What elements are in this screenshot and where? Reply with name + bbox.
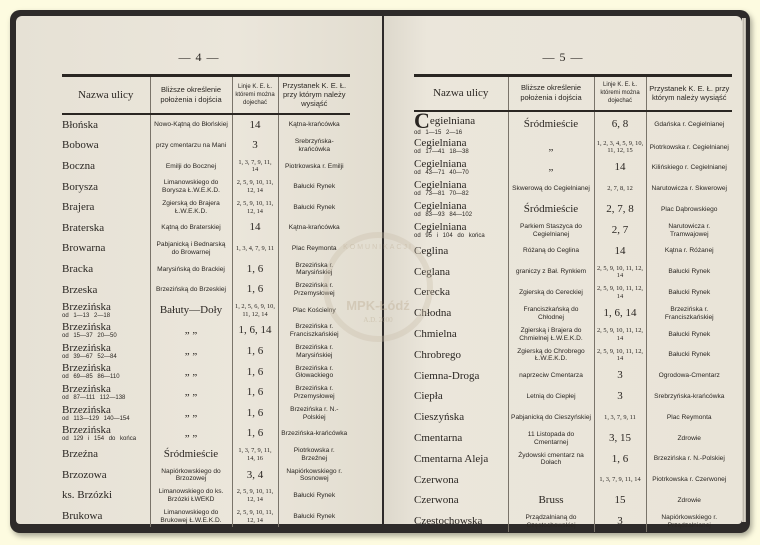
- tram-stop: Zdrowie: [646, 491, 732, 512]
- tram-stop: Gdańska r. Cegielnianej: [646, 111, 732, 137]
- tram-lines: 3: [594, 387, 646, 408]
- street-name: Brukowa: [62, 510, 102, 522]
- tram-stop: Napiórkowskiego r. Sosnowej: [278, 465, 350, 486]
- tram-lines: 1, 6, 14: [232, 321, 278, 342]
- street-name-cell: Cmentarna: [414, 428, 508, 449]
- location-description: „ „: [150, 362, 232, 383]
- tram-lines: 1, 2, 3, 4, 5, 9, 10, 11, 12, 15: [594, 137, 646, 158]
- street-name: Chłodna: [414, 307, 451, 319]
- street-name-cell: Borysza: [62, 177, 150, 198]
- street-name-cell: ks. Brzózki: [62, 486, 150, 507]
- street-name: Borysza: [62, 181, 98, 193]
- location-description: Śródmieście: [508, 199, 594, 220]
- street-name: Cerecka: [414, 286, 450, 298]
- street-name: Brzezińska: [62, 362, 111, 374]
- location-description: Marysińską do Brackiej: [150, 259, 232, 280]
- street-name: Brzezińska: [62, 342, 111, 354]
- tram-stop: Brzezińska r. Franciszkańskiej: [278, 321, 350, 342]
- table-row: CiepłaLetnią do Ciepłej3Srebrzyńska-krań…: [414, 387, 732, 408]
- table-row: Cmentarna AlejaŻydowski cmentarz na Doła…: [414, 449, 732, 470]
- tram-stop: Piotrkowska r. Brzeźnej: [278, 445, 350, 466]
- tram-stop: Brzezińska r. N.-Polskiej: [646, 449, 732, 470]
- table-row: Cegielnianaod 73—81 70—82Skwerową do Ceg…: [414, 179, 732, 200]
- street-name-cell: Cieszyńska: [414, 407, 508, 428]
- street-name-cell: Cegielnianaod 1—15 2—16: [414, 111, 508, 137]
- page-number: — 5 —: [384, 50, 742, 65]
- table-row: ChmielnaZgierską i Brajera do Chmielnej …: [414, 324, 732, 345]
- street-name-cell: Ciepła: [414, 387, 508, 408]
- street-name: Brzeźna: [62, 448, 98, 460]
- table-row: ks. BrzózkiLimanowskiego do ks. Brzózki …: [62, 486, 350, 507]
- tram-stop: Bałucki Rynek: [278, 506, 350, 527]
- street-name-cell: Chmielna: [414, 324, 508, 345]
- street-name: Browarna: [62, 242, 105, 254]
- table-row: BraterskaKątną do Braterskiej14Kątna-kra…: [62, 218, 350, 239]
- location-description: [508, 470, 594, 491]
- location-description: Zgierską do Cereckiej: [508, 283, 594, 304]
- tram-lines: 14: [232, 114, 278, 136]
- street-name: Brajera: [62, 201, 94, 213]
- header-street: Nazwa ulicy: [62, 76, 150, 115]
- tram-stop: Bałucki Rynek: [646, 262, 732, 283]
- tram-lines: 14: [232, 218, 278, 239]
- location-description: Franciszkańską do Chłodnej: [508, 303, 594, 324]
- tram-lines: 1, 6: [232, 342, 278, 363]
- street-name: Brzezińska: [62, 424, 111, 436]
- table-row: Cegielnianaod 17—41 18—38„1, 2, 3, 4, 5,…: [414, 137, 732, 158]
- tram-lines: 2, 5, 9, 10, 11, 12, 14: [594, 324, 646, 345]
- table-row: Cegielnianaod 83—93 84—102Śródmieście2, …: [414, 199, 732, 220]
- tram-stop: Plac Reymonta: [278, 239, 350, 260]
- tram-stop: Plac Reymonta: [646, 407, 732, 428]
- street-name: Cegielniana: [414, 200, 467, 212]
- table-row: ChłodnaFranciszkańską do Chłodnej1, 6, 1…: [414, 303, 732, 324]
- tram-stop: Kątna r. Różanej: [646, 241, 732, 262]
- table-row: BoryszaLimanowskiego do Borysza Ł.W.E.K.…: [62, 177, 350, 198]
- street-name: Brzezińska: [62, 404, 111, 416]
- tram-lines: 3: [594, 511, 646, 532]
- street-name-cell: Czerwona: [414, 470, 508, 491]
- table-row: Brzezińskaod 87—111 112—138„ „1, 6Brzezi…: [62, 383, 350, 404]
- tram-lines: 1, 6: [232, 362, 278, 383]
- street-name: Częstochowska: [414, 515, 482, 527]
- tram-lines: 1, 3, 7, 9, 11, 14: [594, 470, 646, 491]
- table-row: Brzezińskaod 1—13 2—18Bałuty—Doły1, 2, 5…: [62, 300, 350, 321]
- tram-stop: Brzezińska-krańcówka: [278, 424, 350, 445]
- location-description: Prządzalnianą do Częstochowskiej: [508, 511, 594, 532]
- tram-stop: Kątna-krańcówka: [278, 114, 350, 136]
- table-row: Cegielnianaod 1—15 2—16Śródmieście6, 8Gd…: [414, 111, 732, 137]
- location-description: „ „: [150, 321, 232, 342]
- header-street: Nazwa ulicy: [414, 76, 508, 112]
- street-name: Cegielniana: [414, 221, 467, 233]
- location-description: Parkiem Staszyca do Cegielnianej: [508, 220, 594, 241]
- table-row: Brzezińskaod 129 i 154 do końca„ „1, 6Br…: [62, 424, 350, 445]
- street-name-cell: Boczna: [62, 156, 150, 177]
- location-description: Bruss: [508, 491, 594, 512]
- street-name: Bobowa: [62, 139, 99, 151]
- tram-lines: 2, 5, 9, 10, 11, 12, 14: [232, 486, 278, 507]
- street-name-cell: Cegielnianaod 83—93 84—102: [414, 199, 508, 220]
- location-description: Skwerową do Cegielnianej: [508, 179, 594, 200]
- street-name: Czerwona: [414, 474, 459, 486]
- street-name: Ceglana: [414, 266, 450, 278]
- street-name-cell: Brajera: [62, 197, 150, 218]
- tram-stop: Plac Kościelny: [278, 300, 350, 321]
- street-name: Brzeska: [62, 284, 97, 296]
- street-name: Cmentarna Aleja: [414, 453, 488, 465]
- tram-lines: 6, 8: [594, 111, 646, 137]
- table-row: CieszyńskaPabjanicką do Cieszyńskiej1, 3…: [414, 407, 732, 428]
- street-name-cell: Chłodna: [414, 303, 508, 324]
- location-description: „: [508, 158, 594, 179]
- street-name-cell: Browarna: [62, 239, 150, 260]
- tram-stop: Narutowicza r. Tramwajowej: [646, 220, 732, 241]
- tram-stop: Kilińskiego r. Cegielnianej: [646, 158, 732, 179]
- table-row: Bobowaprzy cmentarzu na Mani3Srebrzyńska…: [62, 136, 350, 157]
- table-row: Ceglanagraniczy z Bał. Rynkiem2, 5, 9, 1…: [414, 262, 732, 283]
- street-name: Cegielniana: [414, 137, 467, 149]
- street-name-cell: Czerwona: [414, 491, 508, 512]
- street-name: Cegielniana: [414, 179, 467, 191]
- street-name-cell: Cegielnianaod 95 i 104 do końca: [414, 220, 508, 241]
- tram-lines: 2, 7, 8: [594, 199, 646, 220]
- tram-stop: Bałucki Rynek: [278, 486, 350, 507]
- tram-lines: 2, 5, 9, 10, 11, 12, 14: [232, 506, 278, 527]
- table-row: Cegielnianaod 43—71 40—70„14Kilińskiego …: [414, 158, 732, 179]
- tram-stop: Napiórkowskiego r. Prządzalnianej: [646, 511, 732, 532]
- right-page: — 5 — Nazwa ulicy Bliższe określenie poł…: [384, 16, 742, 524]
- location-description: Pabjanicką do Cieszyńskiej: [508, 407, 594, 428]
- street-name-cell: Brzeska: [62, 280, 150, 301]
- tram-stop: Bałucki Rynek: [646, 345, 732, 366]
- street-name: Ciepła: [414, 390, 443, 402]
- street-name: Bracka: [62, 263, 93, 275]
- tram-stop: Brzezińska r. Marysińskiej: [278, 342, 350, 363]
- tram-lines: 1, 6: [232, 280, 278, 301]
- header-stop: Przystanek K. E. Ł. przy którym należy w…: [278, 76, 350, 115]
- location-description: 11 Listopada do Cmentarnej: [508, 428, 594, 449]
- street-name-cell: Bobowa: [62, 136, 150, 157]
- tram-lines: 2, 5, 9, 10, 11, 12, 14: [232, 177, 278, 198]
- street-name-cell: Ceglana: [414, 262, 508, 283]
- location-description: Nowo-Kątną do Błońskiej: [150, 114, 232, 136]
- tram-lines: 2, 5, 9, 10, 11, 12, 14: [594, 262, 646, 283]
- tram-stop: Zdrowie: [646, 428, 732, 449]
- tram-stop: Piotrkowska r. Cegielnianej: [646, 137, 732, 158]
- tram-lines: 14: [594, 158, 646, 179]
- left-page: — 4 — Nazwa ulicy Bliższe określenie poł…: [16, 16, 382, 524]
- tram-lines: 1, 6, 14: [594, 303, 646, 324]
- street-name-cell: Brzezińskaod 15—37 20—50: [62, 321, 150, 342]
- location-description: graniczy z Bał. Rynkiem: [508, 262, 594, 283]
- tram-lines: 2, 5, 9, 10, 11, 12, 14: [232, 197, 278, 218]
- location-description: Pabjanicką i Bednarską do Browarnej: [150, 239, 232, 260]
- street-name-cell: Brzeźna: [62, 445, 150, 466]
- header-lines: Linje K. E. Ł. któremi można dojechać: [232, 76, 278, 115]
- tram-stop: Brzezińska r. Głowackiego: [278, 362, 350, 383]
- table-row: BrajeraZgierską do Brajera Ł.W.E.K.D.2, …: [62, 197, 350, 218]
- street-directory-table: Nazwa ulicy Bliższe określenie położenia…: [414, 74, 732, 532]
- location-description: Zgierską do Chrobrego Ł.W.E.K.D.: [508, 345, 594, 366]
- location-description: Bałuty—Doły: [150, 300, 232, 321]
- street-name-cell: Chrobrego: [414, 345, 508, 366]
- street-name-cell: Cmentarna Aleja: [414, 449, 508, 470]
- street-name: Ciemna-Droga: [414, 370, 479, 382]
- house-number-range: od 73—81 70—82: [414, 191, 506, 198]
- tram-lines: 1, 6: [232, 259, 278, 280]
- tram-lines: 1, 3, 4, 7, 9, 11: [232, 239, 278, 260]
- street-name-cell: Brzezińskaod 113—129 140—154: [62, 403, 150, 424]
- tram-lines: 1, 3, 7, 9, 11, 14, 16: [232, 445, 278, 466]
- table-header-row: Nazwa ulicy Bliższe określenie położenia…: [414, 76, 732, 112]
- house-number-range: od 1—13 2—18: [62, 313, 148, 320]
- table-row: CereckaZgierską do Cereckiej2, 5, 9, 10,…: [414, 283, 732, 304]
- table-row: Czerwona1, 3, 7, 9, 11, 14Piotrkowska r.…: [414, 470, 732, 491]
- street-name-cell: Brzezińskaod 87—111 112—138: [62, 383, 150, 404]
- tram-stop: Narutowicza r. Skwerowej: [646, 179, 732, 200]
- street-name-cell: Cerecka: [414, 283, 508, 304]
- street-name-cell: Bracka: [62, 259, 150, 280]
- table-row: BrukowaLimanowskiego do Brukowej Ł.W.E.K…: [62, 506, 350, 527]
- book-cover: — 4 — Nazwa ulicy Bliższe określenie poł…: [10, 10, 750, 533]
- tram-stop: Kątna-krańcówka: [278, 218, 350, 239]
- location-description: Brzezińską do Brzeskiej: [150, 280, 232, 301]
- house-number-range: od 1—15 2—16: [414, 130, 506, 137]
- tram-lines: 1, 6: [594, 449, 646, 470]
- tram-lines: 1, 6: [232, 383, 278, 404]
- street-name: Cegielniana: [414, 158, 467, 170]
- street-name: egielniana: [430, 115, 475, 127]
- table-row: BłońskaNowo-Kątną do Błońskiej14Kątna-kr…: [62, 114, 350, 136]
- street-name-cell: Brzezińskaod 69—85 86—110: [62, 362, 150, 383]
- street-name-cell: Braterska: [62, 218, 150, 239]
- location-description: Śródmieście: [508, 111, 594, 137]
- street-name-cell: Brukowa: [62, 506, 150, 527]
- tram-lines: 3, 4: [232, 465, 278, 486]
- location-description: Napiórkowskiego do Brzozowej: [150, 465, 232, 486]
- table-row: Brzezińskaod 39—67 52—84„ „1, 6Brzezińsk…: [62, 342, 350, 363]
- street-name-cell: Brzozowa: [62, 465, 150, 486]
- street-name: Chmielna: [414, 328, 457, 340]
- location-description: Śródmieście: [150, 445, 232, 466]
- tram-stop: Bałucki Rynek: [646, 324, 732, 345]
- street-name: Brzozowa: [62, 469, 107, 481]
- header-stop: Przystanek K. E. Ł. przy którym należy w…: [646, 76, 732, 112]
- location-description: Zgierską do Brajera Ł.W.E.K.D.: [150, 197, 232, 218]
- street-name: Brzezińska: [62, 383, 111, 395]
- house-number-range: od 113—129 140—154: [62, 416, 148, 423]
- tram-lines: 14: [594, 241, 646, 262]
- table-row: BrackaMarysińską do Brackiej1, 6Brzezińs…: [62, 259, 350, 280]
- table-row: Brzezińskaod 113—129 140—154„ „1, 6Brzez…: [62, 403, 350, 424]
- location-description: Różaną do Ceglina: [508, 241, 594, 262]
- street-name: Cmentarna: [414, 432, 462, 444]
- table-row: CzęstochowskaPrządzalnianą do Częstochow…: [414, 511, 732, 532]
- header-description: Bliższe określenie położenia i dojścia: [150, 76, 232, 115]
- tram-lines: 1, 3, 7, 9, 11, 14: [232, 156, 278, 177]
- table-row: Cmentarna11 Listopada do Cmentarnej3, 15…: [414, 428, 732, 449]
- tram-stop: Brzezińska r. N.-Polskiej: [278, 403, 350, 424]
- house-number-range: od 17—41 18—38: [414, 149, 506, 156]
- table-row: Brzezińskaod 15—37 20—50„ „1, 6, 14Brzez…: [62, 321, 350, 342]
- street-name-cell: Brzezińskaod 39—67 52—84: [62, 342, 150, 363]
- tram-lines: 2, 7: [594, 220, 646, 241]
- tram-stop: Srebrzyńska-krańcówka: [278, 136, 350, 157]
- street-name-cell: Ciemna-Droga: [414, 366, 508, 387]
- house-number-range: od 129 i 154 do końca: [62, 436, 148, 443]
- street-name: Brzezińska: [62, 321, 111, 333]
- location-description: „ „: [150, 383, 232, 404]
- table-row: Cegielnianaod 95 i 104 do końcaParkiem S…: [414, 220, 732, 241]
- tram-lines: 3, 15: [594, 428, 646, 449]
- tram-stop: Brzezińska r. Marysińskiej: [278, 259, 350, 280]
- tram-stop: Srebrzyńska-krańcówka: [646, 387, 732, 408]
- street-name: Cieszyńska: [414, 411, 464, 423]
- street-name: Ceglina: [414, 245, 448, 257]
- table-header-row: Nazwa ulicy Bliższe określenie położenia…: [62, 76, 350, 115]
- table-row: ChrobregoZgierską do Chrobrego Ł.W.E.K.D…: [414, 345, 732, 366]
- table-row: BrzeźnaŚródmieście1, 3, 7, 9, 11, 14, 16…: [62, 445, 350, 466]
- tram-lines: 1, 3, 7, 9, 11: [594, 407, 646, 428]
- table-row: BrzozowaNapiórkowskiego do Brzozowej3, 4…: [62, 465, 350, 486]
- tram-lines: 3: [594, 366, 646, 387]
- street-name-cell: Brzezińskaod 1—13 2—18: [62, 300, 150, 321]
- tram-stop: Ogrodowa-Cmentarz: [646, 366, 732, 387]
- table-row: Brzezińskaod 69—85 86—110„ „1, 6Brzezińs…: [62, 362, 350, 383]
- location-description: „ „: [150, 342, 232, 363]
- house-number-range: od 95 i 104 do końca: [414, 233, 506, 240]
- table-row: BocznaEmilji do Bocznej1, 3, 7, 9, 11, 1…: [62, 156, 350, 177]
- street-directory-table: Nazwa ulicy Bliższe określenie położenia…: [62, 74, 350, 527]
- street-name-cell: Częstochowska: [414, 511, 508, 532]
- location-description: „: [508, 137, 594, 158]
- street-name: Brzezińska: [62, 301, 111, 313]
- tram-lines: 15: [594, 491, 646, 512]
- street-name-cell: Cegielnianaod 73—81 70—82: [414, 179, 508, 200]
- tram-stop: Piotrkowska r. Emilji: [278, 156, 350, 177]
- house-number-range: od 39—67 52—84: [62, 354, 148, 361]
- tram-lines: 3: [232, 136, 278, 157]
- table-row: CzerwonaBruss15Zdrowie: [414, 491, 732, 512]
- table-row: CeglinaRóżaną do Ceglina14Kątna r. Różan…: [414, 241, 732, 262]
- house-number-range: od 15—37 20—50: [62, 333, 148, 340]
- location-description: Limanowskiego do ks. Brzózki ŁWEKD: [150, 486, 232, 507]
- street-name: Błońska: [62, 119, 98, 131]
- tram-lines: 2, 5, 9, 10, 11, 12, 14: [594, 283, 646, 304]
- location-description: Emilji do Bocznej: [150, 156, 232, 177]
- location-description: Limanowskiego do Brukowej Ł.W.E.K.D.: [150, 506, 232, 527]
- tram-stop: Bałucki Rynek: [646, 283, 732, 304]
- tram-stop: Brzezińska r. Franciszkańskiej: [646, 303, 732, 324]
- house-number-range: od 83—93 84—102: [414, 212, 506, 219]
- header-lines: Linje K. E. Ł. któremi można dojechać: [594, 76, 646, 112]
- table-row: BrzeskaBrzezińską do Brzeskiej1, 6Brzezi…: [62, 280, 350, 301]
- tram-stop: Plac Dąbrowskiego: [646, 199, 732, 220]
- location-description: „ „: [150, 403, 232, 424]
- house-number-range: od 43—71 40—70: [414, 170, 506, 177]
- tram-stop: Brzezińska r. Przemysłowej: [278, 383, 350, 404]
- street-name-cell: Cegielnianaod 17—41 18—38: [414, 137, 508, 158]
- street-name: Czerwona: [414, 494, 459, 506]
- tram-stop: Bałucki Rynek: [278, 177, 350, 198]
- street-name-cell: Brzezińskaod 129 i 154 do końca: [62, 424, 150, 445]
- tram-stop: Bałucki Rynek: [278, 197, 350, 218]
- tram-lines: 2, 7, 8, 12: [594, 179, 646, 200]
- tram-lines: 2, 5, 9, 10, 11, 12, 14: [594, 345, 646, 366]
- street-name-cell: Cegielnianaod 43—71 40—70: [414, 158, 508, 179]
- house-number-range: od 69—85 86—110: [62, 374, 148, 381]
- header-description: Bliższe określenie położenia i dojścia: [508, 76, 594, 112]
- location-description: Limanowskiego do Borysza Ł.W.E.K.D.: [150, 177, 232, 198]
- tram-lines: 1, 2, 5, 6, 9, 10, 11, 12, 14: [232, 300, 278, 321]
- street-name: ks. Brzózki: [62, 489, 112, 501]
- table-row: Ciemna-Droganaprzeciw Cmentarza3Ogrodowa…: [414, 366, 732, 387]
- tram-lines: 1, 6: [232, 403, 278, 424]
- street-name-cell: Ceglina: [414, 241, 508, 262]
- location-description: Letnią do Ciepłej: [508, 387, 594, 408]
- tram-lines: 1, 6: [232, 424, 278, 445]
- tram-stop: Brzezińska r. Przemysłowej: [278, 280, 350, 301]
- table-row: BrowarnaPabjanicką i Bednarską do Browar…: [62, 239, 350, 260]
- location-description: Kątną do Braterskiej: [150, 218, 232, 239]
- house-number-range: od 87—111 112—138: [62, 395, 148, 402]
- street-name: Braterska: [62, 222, 104, 234]
- page-number: — 4 —: [16, 50, 382, 65]
- location-description: „ „: [150, 424, 232, 445]
- location-description: Żydowski cmentarz na Dołach: [508, 449, 594, 470]
- location-description: naprzeciw Cmentarza: [508, 366, 594, 387]
- location-description: Zgierską i Brajera do Chmielnej Ł.W.E.K.…: [508, 324, 594, 345]
- street-name-cell: Błońska: [62, 114, 150, 136]
- location-description: przy cmentarzu na Mani: [150, 136, 232, 157]
- tram-stop: Piotrkowska r. Czerwonej: [646, 470, 732, 491]
- street-name: Chrobrego: [414, 349, 461, 361]
- street-name: Boczna: [62, 160, 95, 172]
